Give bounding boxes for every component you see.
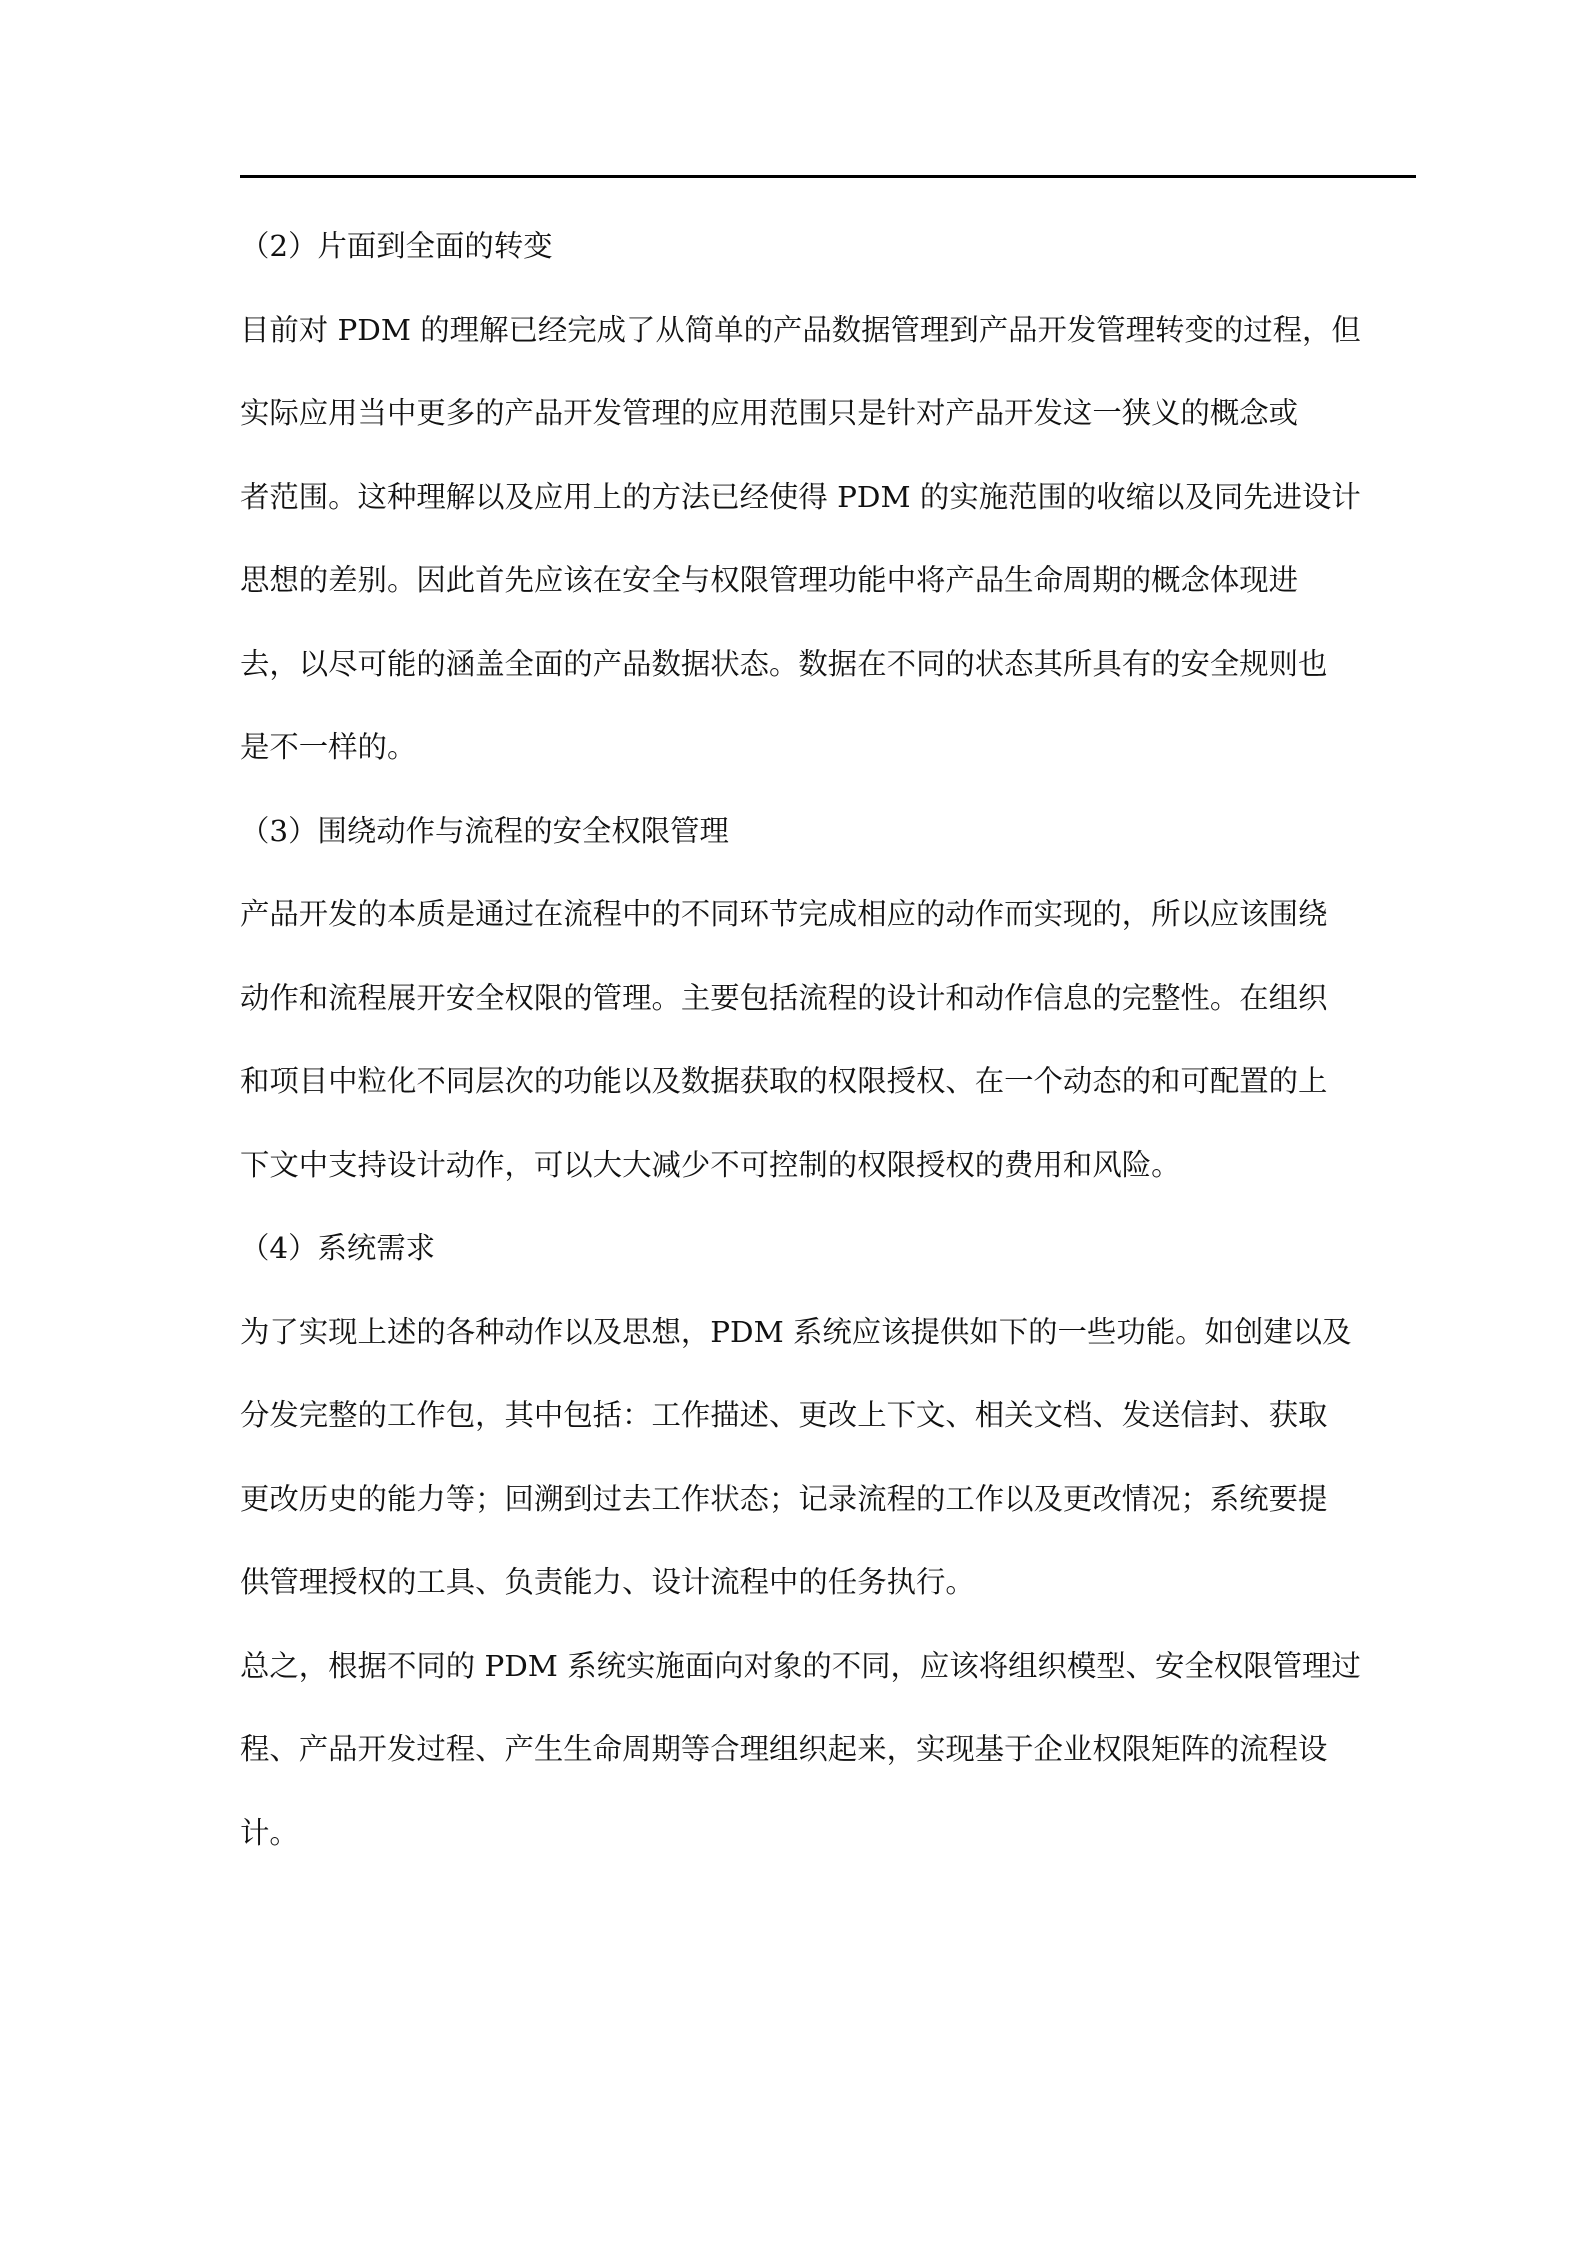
paragraph-line: 者范围。这种理解以及应用上的方法已经使得 PDM 的实施范围的收缩以及同先进设计 <box>240 456 1418 540</box>
page-body: （2）片面到全面的转变 目前对 PDM 的理解已经完成了从简单的产品数据管理到产… <box>240 205 1418 1875</box>
paragraph-line: 目前对 PDM 的理解已经完成了从简单的产品数据管理到产品开发管理转变的过程，但 <box>240 289 1418 373</box>
paragraph-line: 思想的差别。因此首先应该在安全与权限管理功能中将产品生命周期的概念体现进 <box>240 539 1418 623</box>
section-heading-4: （4）系统需求 <box>240 1207 1418 1291</box>
paragraph-line: 总之，根据不同的 PDM 系统实施面向对象的不同，应该将组织模型、安全权限管理过 <box>240 1625 1418 1709</box>
paragraph-line: 分发完整的工作包，其中包括：工作描述、更改上下文、相关文档、发送信封、获取 <box>240 1374 1418 1458</box>
paragraph-line: 供管理授权的工具、负责能力、设计流程中的任务执行。 <box>240 1541 1418 1625</box>
section-heading-2: （2）片面到全面的转变 <box>240 205 1418 289</box>
paragraph-line: 实际应用当中更多的产品开发管理的应用范围只是针对产品开发这一狭义的概念或 <box>240 372 1418 456</box>
paragraph-line: 动作和流程展开安全权限的管理。主要包括流程的设计和动作信息的完整性。在组织 <box>240 957 1418 1041</box>
paragraph-line: 程、产品开发过程、产生生命周期等合理组织起来，实现基于企业权限矩阵的流程设 <box>240 1708 1418 1792</box>
paragraph-line: 计。 <box>240 1792 1418 1876</box>
paragraph-line: 为了实现上述的各种动作以及思想，PDM 系统应该提供如下的一些功能。如创建以及 <box>240 1291 1418 1375</box>
paragraph-line: 更改历史的能力等；回溯到过去工作状态；记录流程的工作以及更改情况；系统要提 <box>240 1458 1418 1542</box>
section-heading-3: （3）围绕动作与流程的安全权限管理 <box>240 790 1418 874</box>
header-rule <box>240 175 1416 178</box>
paragraph-line: 是不一样的。 <box>240 706 1418 790</box>
paragraph-line: 和项目中粒化不同层次的功能以及数据获取的权限授权、在一个动态的和可配置的上 <box>240 1040 1418 1124</box>
paragraph-line: 产品开发的本质是通过在流程中的不同环节完成相应的动作而实现的，所以应该围绕 <box>240 873 1418 957</box>
paragraph-line: 下文中支持设计动作，可以大大减少不可控制的权限授权的费用和风险。 <box>240 1124 1418 1208</box>
paragraph-line: 去，以尽可能的涵盖全面的产品数据状态。数据在不同的状态其所具有的安全规则也 <box>240 623 1418 707</box>
